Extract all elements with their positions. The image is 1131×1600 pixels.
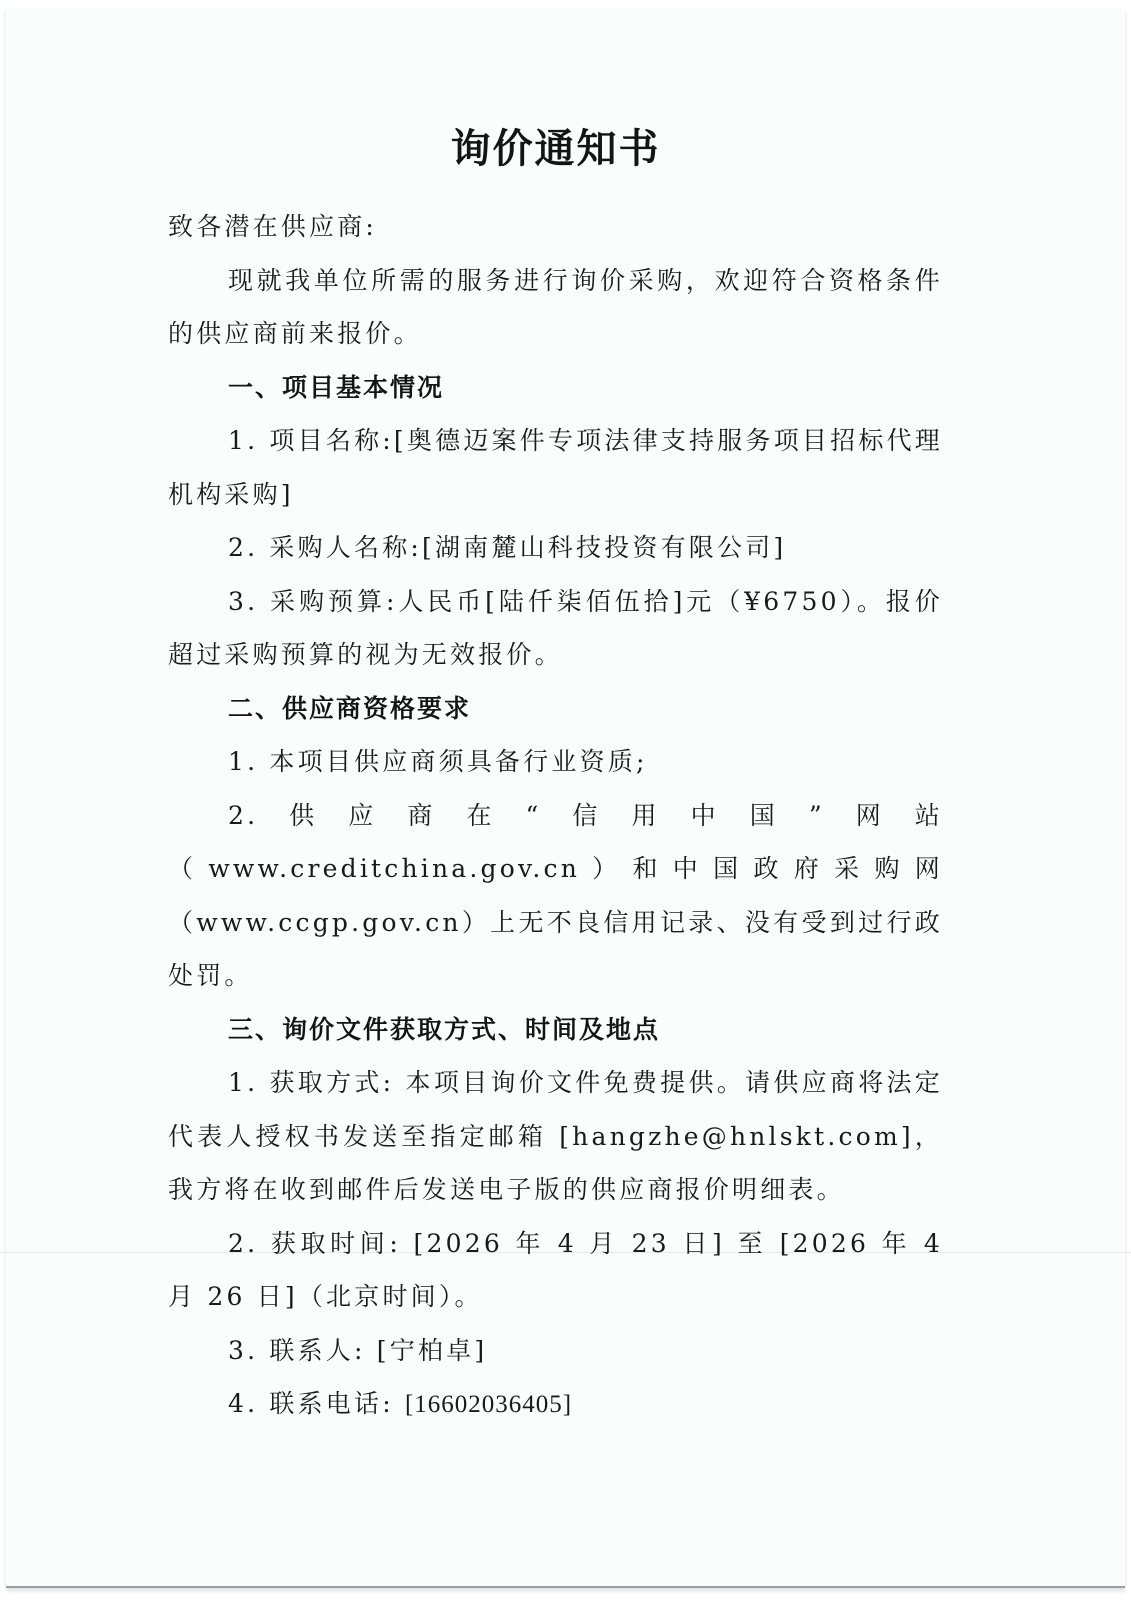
section-heading-document-acquisition: 三、询价文件获取方式、时间及地点 <box>168 1003 943 1057</box>
contact-person-item: 3. 联系人: [宁柏卓] <box>168 1324 943 1378</box>
section-heading-supplier-qualifications: 二、供应商资格要求 <box>168 682 943 736</box>
credit-record-text: 供应商在“信用中国”网站（www.creditchina.gov.cn）和中国政… <box>168 801 943 991</box>
contact-person-value: [宁柏卓] <box>377 1336 488 1365</box>
section-heading-project-info: 一、项目基本情况 <box>168 361 943 415</box>
intro-paragraph: 现就我单位所需的服务进行询价采购，欢迎符合资格条件的供应商前来报价。 <box>168 254 943 361</box>
project-name-item: 1. 项目名称:[奥德迈案件专项法律支持服务项目招标代理机构采购] <box>168 414 943 521</box>
document-title: 询价通知书 <box>168 118 943 180</box>
contact-phone-item: 4. 联系电话: [16602036405] <box>168 1377 943 1432</box>
acquisition-method-item: 1. 获取方式: 本项目询价文件免费提供。请供应商将法定代表人授权书发送至指定邮… <box>168 1056 943 1217</box>
item-label: 2. 获取时间: <box>228 1229 401 1258</box>
item-label: 2. <box>228 801 258 830</box>
budget-item: 3. 采购预算:人民币[陆仟柒佰伍拾]元（¥6750）。报价超过采购预算的视为无… <box>168 575 943 682</box>
qualification-item-2: 2.供应商在“信用中国”网站（www.creditchina.gov.cn）和中… <box>168 789 943 1003</box>
salutation: 致各潜在供应商: <box>168 200 943 254</box>
acquisition-time-item: 2. 获取时间: [2026 年 4 月 23 日] 至 [2026 年 4 月… <box>168 1217 943 1324</box>
item-label: 1. 项目名称: <box>228 426 394 455</box>
item-label: 3. 联系人: <box>228 1336 366 1365</box>
item-label: 3. 采购预算: <box>228 587 398 616</box>
purchaser-name-value: [湖南麓山科技投资有限公司] <box>422 533 786 562</box>
purchaser-name-item: 2. 采购人名称:[湖南麓山科技投资有限公司] <box>168 521 943 575</box>
qualification-item-1: 1. 本项目供应商须具备行业资质; <box>168 735 943 789</box>
contact-phone-value: [16602036405] <box>405 1391 572 1418</box>
qualification-text: 本项目供应商须具备行业资质; <box>269 747 647 776</box>
item-label: 2. 采购人名称: <box>228 533 422 562</box>
item-label: 4. 联系电话: <box>228 1389 394 1418</box>
document-body: 询价通知书 致各潜在供应商: 现就我单位所需的服务进行询价采购，欢迎符合资格条件… <box>168 118 943 1432</box>
item-label: 1. <box>228 747 258 776</box>
item-label: 1. 获取方式: <box>228 1068 394 1097</box>
